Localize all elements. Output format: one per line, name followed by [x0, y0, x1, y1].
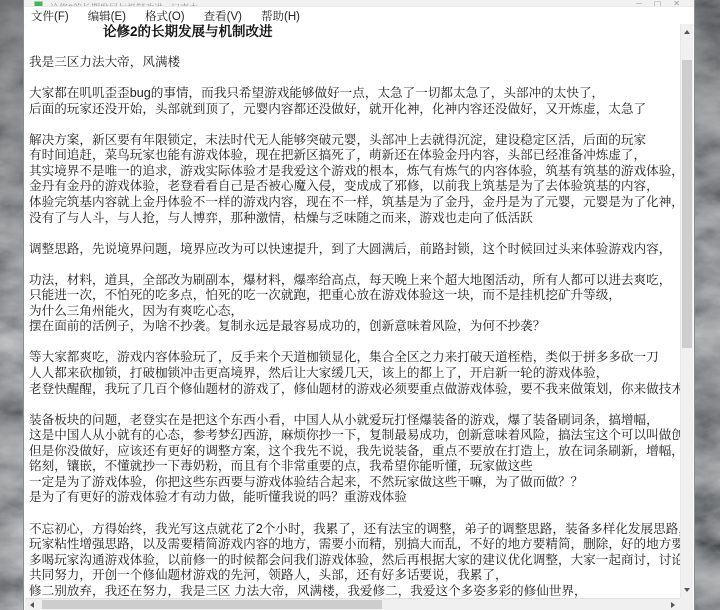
- text-line: 但是你没做好，应该还有更好的调整方案，这个我先不说，我先说装备，重点不要放在打造…: [29, 444, 680, 460]
- text-line: 没有了与人斗，与人抢，与人博弈，那种激情，枯燥与乏味随之而来，游戏也走向了低活跃: [29, 211, 680, 227]
- vertical-scrollbar[interactable]: [680, 24, 693, 598]
- notepad-window: 论修2的长期发展与机制改进 - 记事本 ─ ▢ ✕ 文件(F) 编辑(E) 格式…: [23, 0, 695, 610]
- chevron-right-icon: [671, 602, 675, 608]
- text-line: 修二别放弃，我还在努力，我是三区 力法大帝，风满楼，我爱修二，我爱这个多姿多彩的…: [29, 584, 680, 598]
- text-line: 只能进一次，不怕死的吃多点，怕死的吃一次就跑，把重心放在游戏体验这一块，而不是挂…: [29, 288, 680, 304]
- menu-item-help[interactable]: 帮助(H): [255, 7, 306, 25]
- text-line: 大家都在叽叽歪歪bug的事情，而我只希望游戏能够做好一点，太急了一切都太急了，头…: [29, 86, 680, 102]
- text-line: [29, 506, 680, 522]
- scroll-up-button[interactable]: [681, 24, 693, 40]
- text-line: 共同努力，开创一个修仙题材游戏的先河，领路人，头部，还有好多话要说，我累了，: [29, 568, 680, 584]
- scrollbar-corner: [680, 598, 693, 610]
- menu-item-format[interactable]: 格式(O): [139, 7, 191, 25]
- text-line: 多喝玩家沟通游戏体验，以前修一的时候都会问我们游戏体验，然后再根据大家的建议优化…: [29, 553, 680, 569]
- text-line: 后面的玩家还没开始，头部就到顶了，元婴内容都还没做好，就开化神，化神内容还没做好…: [29, 102, 680, 118]
- menu-item-edit[interactable]: 编辑(E): [82, 7, 132, 25]
- scroll-down-button[interactable]: [681, 582, 693, 598]
- document-text[interactable]: 论修2的长期发展与机制改进 我是三区力法大帝，风满楼 大家都在叽叽歪歪bug的事…: [25, 24, 680, 598]
- text-line: 人人都来砍枷锁，打破枷锁冲击更高境界，然后让大家缓几天，该上的都上了，开启新一轮…: [29, 366, 680, 382]
- title-bar[interactable]: 论修2的长期发展与机制改进 - 记事本 ─ ▢ ✕: [24, 0, 694, 7]
- text-line: 老登快醒醒，我玩了几百个修仙题材的游戏了，修仙题材的游戏必须要重点做游戏体验，要…: [29, 382, 680, 398]
- vertical-scrollbar-thumb[interactable]: [682, 60, 692, 348]
- text-line: 装备板块的问题，老登实在是把这个东西小看，中国人从小就爱玩打怪爆装备的游戏，爆了…: [29, 413, 680, 429]
- text-line: 一定是为了游戏体验，你把这些东西要与游戏体验结合起来，不然玩家做这些干嘛，为了做…: [29, 475, 680, 491]
- menu-item-file[interactable]: 文件(F): [25, 7, 75, 25]
- text-line: 功法，材料，道具，全部改为刷副本，爆材料，爆率给高点，每天晚上来个超大地图活动，…: [29, 273, 680, 289]
- text-line: 为什么三角州能火，因为有爽吃心态，: [29, 304, 680, 320]
- scroll-left-button[interactable]: [25, 599, 39, 610]
- text-line: 摆在面前的活例子，为啥不抄袭。复制永远是最容易成功的，创新意味着风险，为何不抄袭…: [29, 319, 680, 335]
- text-line: 是为了有更好的游戏体验才有动力做，能听懂我说的吗？重游戏体验: [29, 490, 680, 506]
- text-line: 调整思路，先说境界问题，境界应改为可以快速提升，到了大圆满后，前路封锁，这个时候…: [29, 242, 680, 258]
- scroll-right-button[interactable]: [666, 599, 680, 610]
- chevron-left-icon: [30, 602, 34, 608]
- chevron-down-icon: [684, 588, 690, 592]
- minimize-icon[interactable]: ─: [636, 0, 642, 7]
- notepad-app-icon: [34, 1, 43, 7]
- text-line: [29, 257, 680, 273]
- text-line: 我是三区力法大帝，风满楼: [29, 55, 680, 71]
- text-line: 有时间追赶，菜鸟玩家也能有游戏体验，现在把新区搞死了，萌新还在体验金丹内容，头部…: [29, 148, 680, 164]
- text-line: [29, 226, 680, 242]
- horizontal-scrollbar[interactable]: [25, 598, 680, 610]
- text-line: 体验完筑基内容就上金丹体验不一样的游戏内容，现在不一样，筑基是为了金丹，金丹是为…: [29, 195, 680, 211]
- window-title: 论修2的长期发展与机制改进 - 记事本: [50, 1, 198, 7]
- horizontal-scrollbar-thumb[interactable]: [42, 600, 382, 609]
- text-line: [29, 117, 680, 133]
- text-line: 其实境界不是唯一的追求，游戏实际体验才是我爱这个游戏的根本，炼气有炼气的内容体验…: [29, 164, 680, 180]
- text-line: 这是中国人从小就有的心态，参考梦幻西游，麻烦你抄一下，复制最易成功，创新意味着风…: [29, 428, 680, 444]
- chevron-up-icon: [684, 30, 690, 34]
- text-line: [29, 71, 680, 87]
- text-line: 铭刻，镶嵌，不懂就抄一下毒奶粉，而且有个非常重要的点，我希望你能听懂，玩家做这些: [29, 459, 680, 475]
- maximize-icon[interactable]: ▢: [654, 0, 662, 7]
- text-line: [29, 40, 680, 56]
- text-line: 金丹有金丹的游戏体验，老登看看自己是否被心魔入侵，变成成了邪修，以前我上筑基是为…: [29, 179, 680, 195]
- text-line: 解决方案，新区要有年限锁定，末法时代无人能够突破元婴，头部冲上去就得沉淀，建设稳…: [29, 133, 680, 149]
- text-line: 等大家都爽吃，游戏内容体验玩了，反手来个天道枷锁显化，集合全区之力来打破天道桎梏…: [29, 350, 680, 366]
- menu-item-view[interactable]: 查看(V): [198, 7, 248, 25]
- window-controls: ─ ▢ ✕: [636, 0, 680, 7]
- document-title-line: 论修2的长期发展与机制改进: [29, 24, 680, 40]
- text-line: 玩家粘性增强思路，以及需要精简游戏内容的地方，需要小而精，别搞大而乱，不好的地方…: [29, 537, 680, 553]
- close-icon[interactable]: ✕: [673, 0, 680, 7]
- text-line: 不忘初心，方得始终，我光写这点就花了2个小时，我累了，还有法宝的调整，弟子的调整…: [29, 522, 680, 538]
- text-line: [29, 397, 680, 413]
- text-line: [29, 335, 680, 351]
